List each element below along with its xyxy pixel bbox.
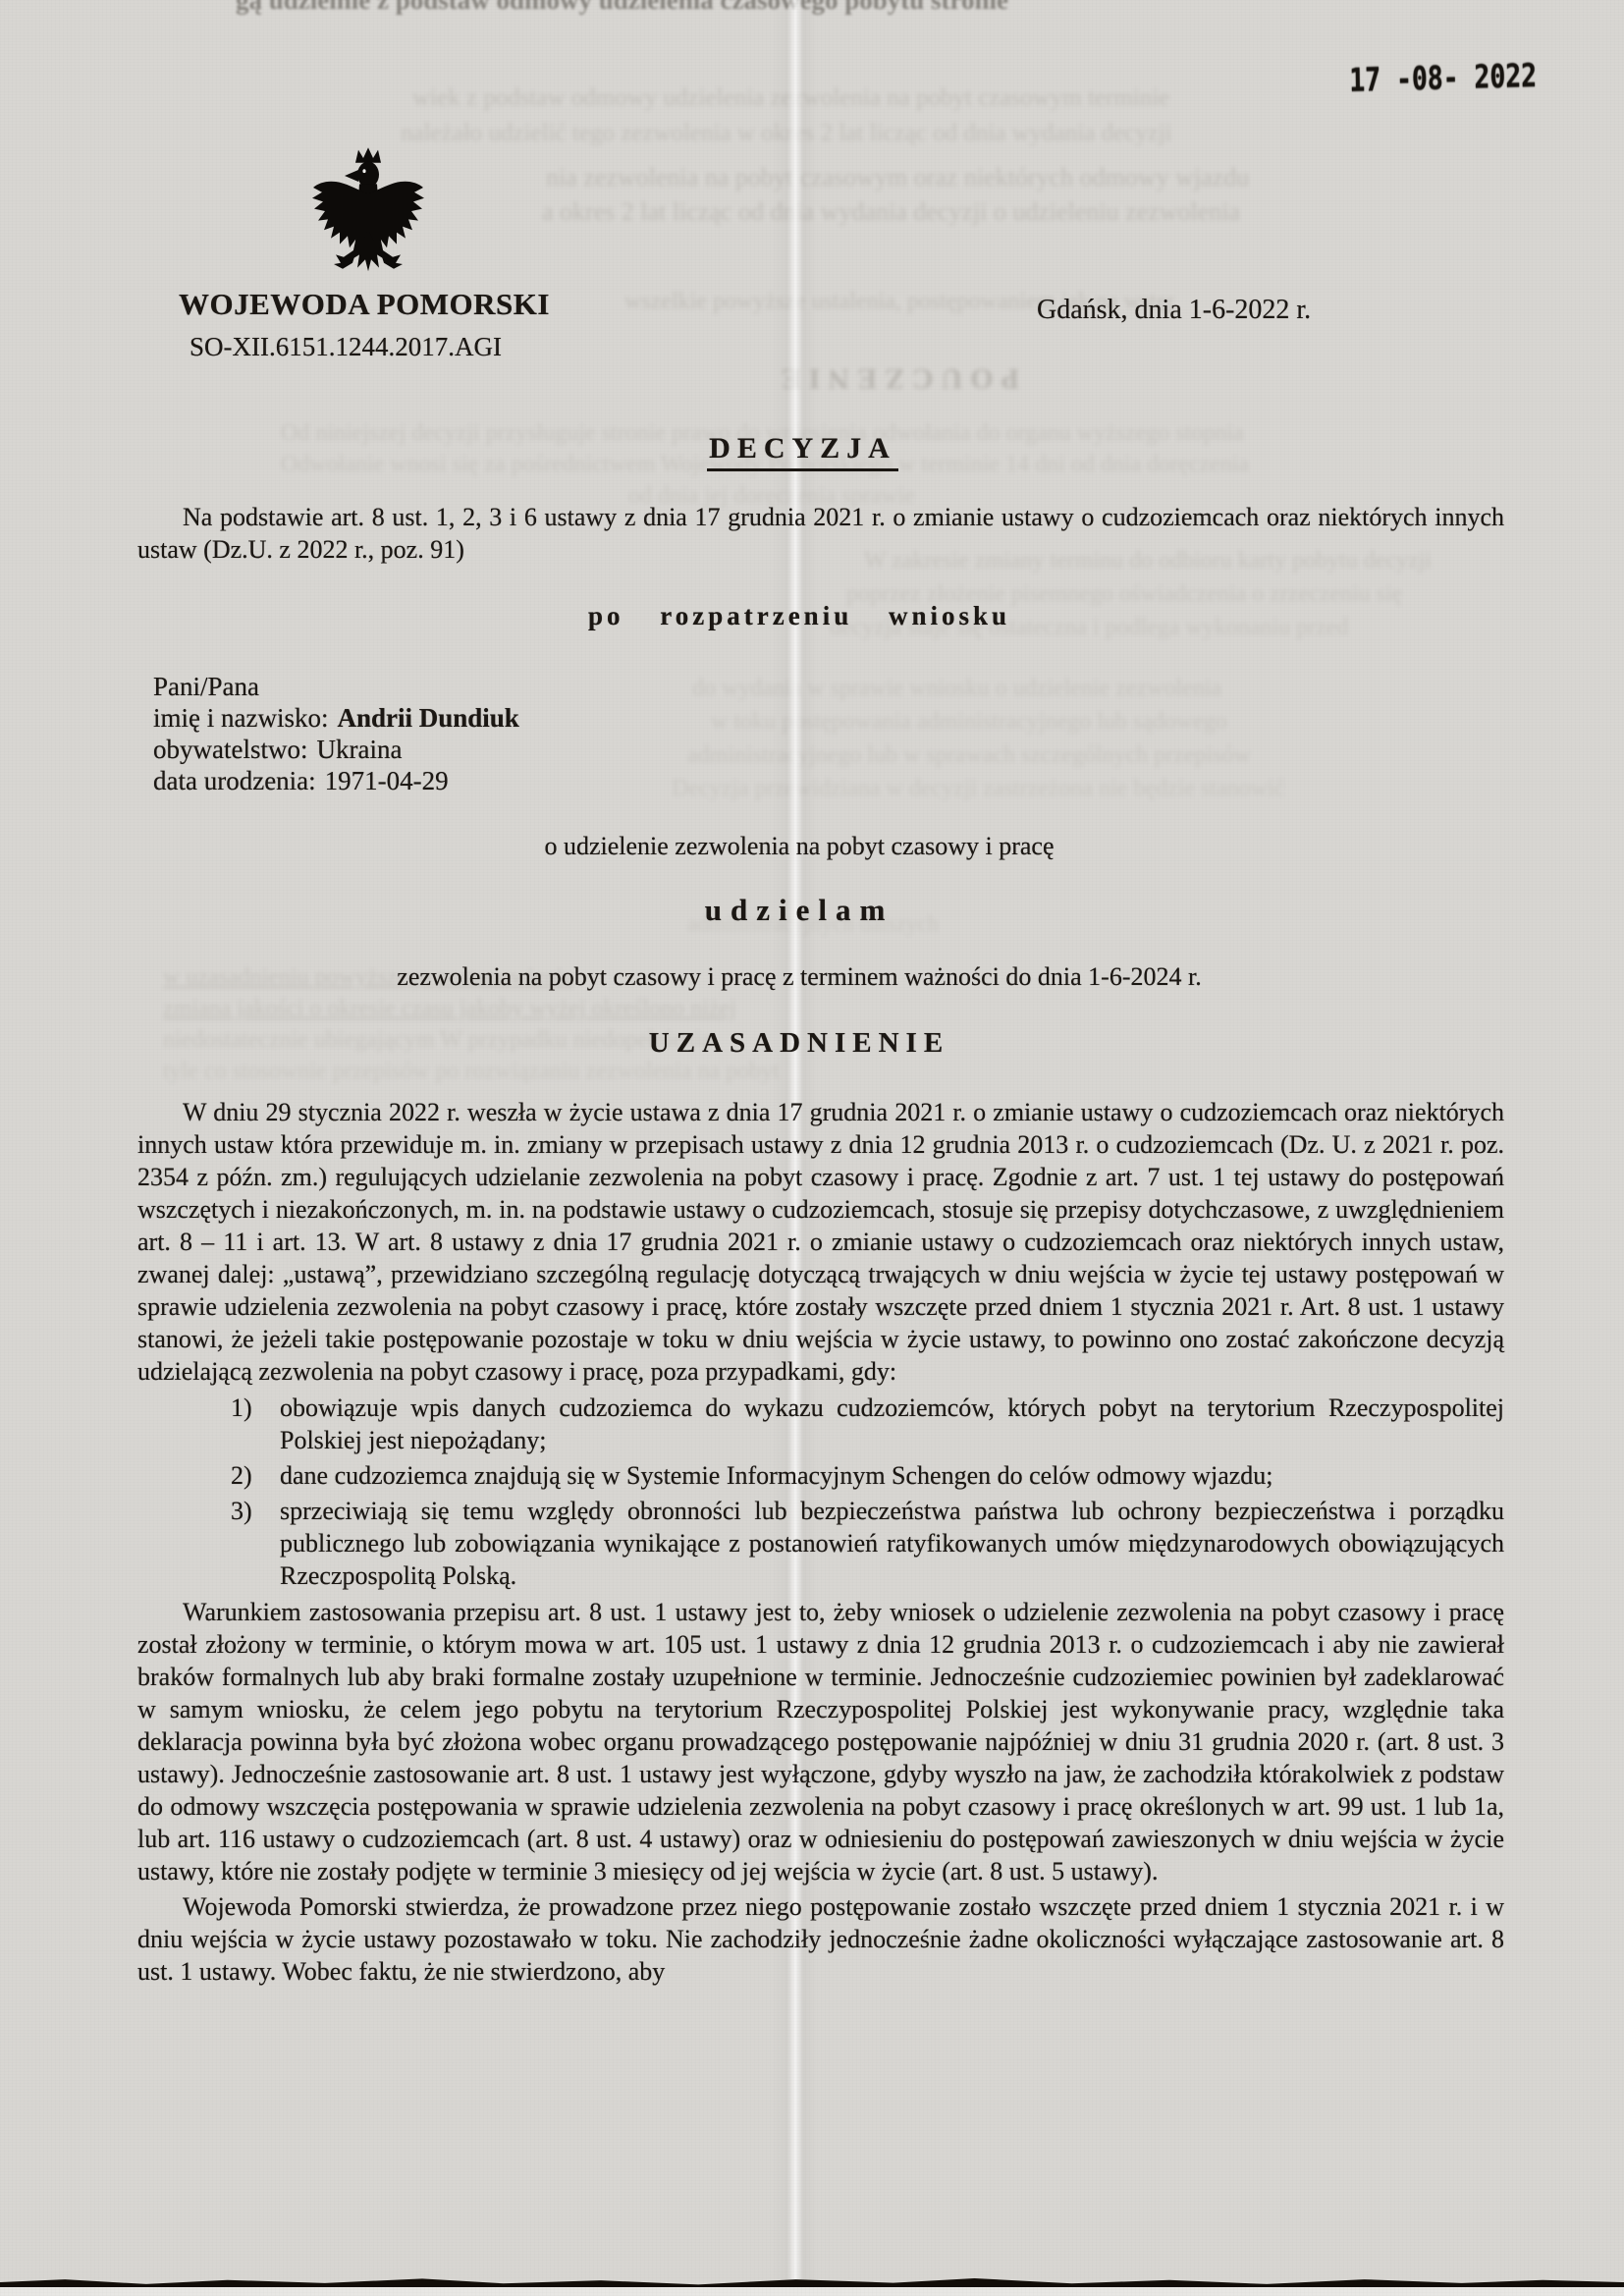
list-item-number: 3) [231, 1495, 252, 1527]
list-item-number: 1) [231, 1392, 252, 1424]
list-item-number: 2) [231, 1459, 252, 1492]
application-subject: o udzielenie zezwolenia na pobyt czasowy… [116, 832, 1483, 861]
list-item-text: sprzeciwiają się temu względy obronności… [280, 1497, 1504, 1590]
place-and-date: Gdańsk, dnia 1-6-2022 r. [1037, 295, 1311, 326]
list-item: 2)dane cudzoziemca znajdują się w System… [137, 1459, 1504, 1492]
scanned-document-page: gą udzielnie z podstaw odmowy udzielenia… [0, 0, 1624, 2296]
list-item: 3)sprzeciwiają się temu względy obronnoś… [137, 1495, 1504, 1592]
applicant-salutation: Pani/Pana [153, 671, 1504, 702]
applicant-name-row: imię i nazwisko:Andrii Dundiuk [153, 702, 1504, 734]
applicant-name: Andrii Dundiuk [337, 703, 518, 733]
legal-basis-paragraph: Na podstawie art. 8 ust. 1, 2, 3 i 6 ust… [137, 501, 1504, 566]
scan-bottom-edge [0, 2276, 1624, 2287]
issuing-authority: WOJEWODA POMORSKI [179, 287, 571, 322]
justification-paragraph: Warunkiem zastosowania przepisu art. 8 u… [137, 1596, 1504, 1887]
bleedthrough-text: gą udzielnie z podstaw odmowy udzielenia… [236, 0, 1198, 16]
list-item-text: obowiązuje wpis danych cudzoziemca do wy… [280, 1394, 1504, 1454]
justification-paragraph: W dniu 29 stycznia 2022 r. weszła w życi… [137, 1096, 1504, 1388]
received-date-stamp: 17 -08- 2022 [1349, 56, 1537, 99]
bleedthrough-text: wiek z podstaw odmowy udzielenia zezwole… [412, 84, 1453, 112]
applicant-birthdate-label: data urodzenia: [153, 766, 316, 795]
bleedthrough-text: nia zezwolenia na pobyt czasowym oraz ni… [546, 163, 1331, 192]
grant-word: udzielam [116, 893, 1483, 928]
bleedthrough-text: należało udzielić tego zezwolenia w okre… [401, 120, 1461, 147]
bleedthrough-heading: POUCZENIE [636, 361, 1019, 395]
polish-eagle-emblem-icon [310, 146, 426, 276]
decision-content: DECYZJA Na podstawie art. 8 ust. 1, 2, 3… [137, 432, 1504, 1988]
document-title: DECYZJA [707, 432, 898, 471]
applicant-citizenship: Ukraina [316, 735, 402, 764]
case-number: SO-XII.6151.1244.2017.AGI [189, 332, 502, 362]
justification-paragraph: Wojewoda Pomorski stwierdza, że prowadzo… [137, 1890, 1504, 1988]
list-item-text: dane cudzoziemca znajdują się w Systemie… [280, 1461, 1273, 1490]
exception-list: 1)obowiązuje wpis danych cudzoziemca do … [137, 1392, 1504, 1592]
applicant-birthdate-row: data urodzenia:1971-04-29 [153, 765, 1504, 796]
grant-text: zezwolenia na pobyt czasowy i pracę z te… [116, 962, 1483, 992]
applicant-birthdate: 1971-04-29 [325, 766, 449, 795]
applicant-citizenship-row: obywatelstwo:Ukraina [153, 734, 1504, 765]
applicant-name-label: imię i nazwisko: [153, 703, 328, 733]
after-review-line: po rozpatrzeniu wniosku [116, 601, 1483, 631]
list-item: 1)obowiązuje wpis danych cudzoziemca do … [137, 1392, 1504, 1456]
applicant-citizenship-label: obywatelstwo: [153, 735, 307, 764]
bleedthrough-text: a okres 2 lat licząc od dnia wydania dec… [542, 197, 1327, 227]
applicant-details: Pani/Pana imię i nazwisko:Andrii Dundiuk… [137, 671, 1504, 796]
scan-background-strip [0, 2287, 1624, 2296]
justification-heading: UZASADNIENIE [116, 1027, 1483, 1060]
